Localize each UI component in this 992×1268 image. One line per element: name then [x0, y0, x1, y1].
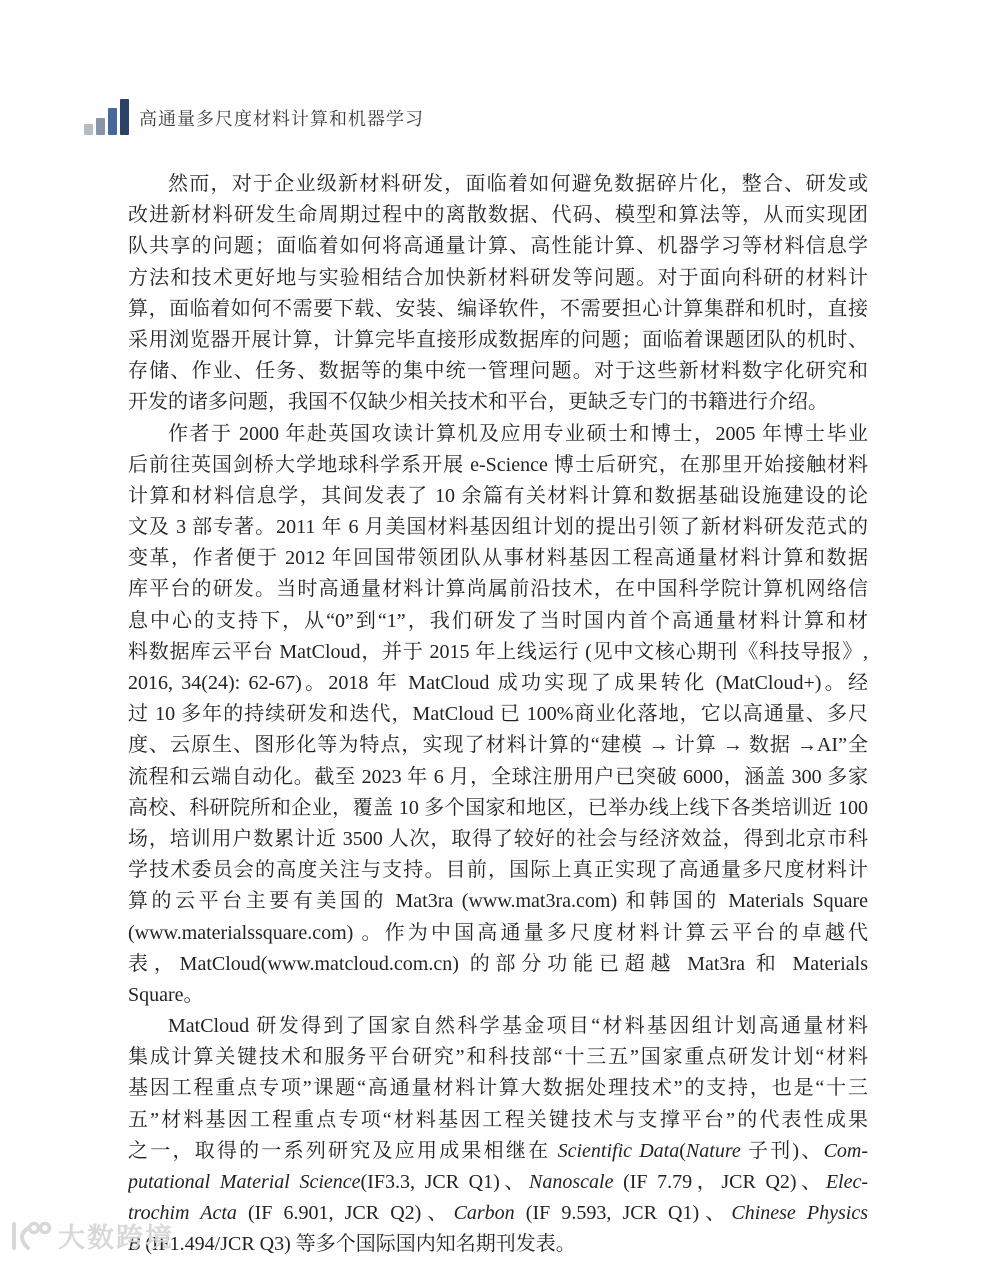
text-line: putational Material Science(IF3.3, JCR Q…: [128, 1167, 868, 1198]
text-line: 算的云平台主要有美国的 Mat3ra (www.mat3ra.com) 和韩国的…: [128, 886, 868, 917]
book-page: 高通量多尺度材料计算和机器学习 然而，对于企业级新材料研发，面临着如何避免数据碎…: [0, 0, 992, 1268]
text-line: 作者于 2000 年赴英国攻读计算机及应用专业硕士和博士，2005 年博士毕业: [128, 419, 868, 450]
text-line: 息中心的支持下，从“0”到“1”，我们研发了当时国内首个高通量材料计算和材: [128, 606, 868, 637]
text-line: 之一，取得的一系列研究及应用成果相继在 Scientific Data(Natu…: [128, 1136, 868, 1167]
text-line: 计算和材料信息学，其间发表了 10 余篇有关材料计算和数据基础设施建设的论: [128, 481, 868, 512]
page-header: 高通量多尺度材料计算和机器学习: [84, 97, 424, 135]
text-line: 2016, 34(24): 62-67)。2018 年 MatCloud 成功实…: [128, 668, 868, 699]
text-line: 场，培训用户数累计近 3500 人次，取得了较好的社会与经济效益，得到北京市科: [128, 824, 868, 855]
text-line: 队共享的问题；面临着如何将高通量计算、高性能计算、机器学习等材料信息学: [128, 231, 868, 262]
body-text: 然而，对于企业级新材料研发，面临着如何避免数据碎片化，整合、研发或改进新材料研发…: [128, 169, 868, 1261]
text-line: trochim Acta (IF 6.901, JCR Q2)、Carbon (…: [128, 1198, 868, 1229]
text-line: 过 10 多年的持续研发和迭代，MatCloud 已 100%商业化落地，它以高…: [128, 699, 868, 730]
text-line: 学技术委员会的高度关注与支持。目前，国际上真正实现了高通量多尺度材料计: [128, 855, 868, 886]
text-line: 表，MatCloud(www.matcloud.com.cn) 的部分功能已超越…: [128, 949, 868, 980]
text-line: 料数据库云平台 MatCloud，并于 2015 年上线运行 (见中文核心期刊《…: [128, 637, 868, 668]
text-line: 高校、科研院所和企业，覆盖 10 多个国家和地区，已举办线上线下各类培训近 10…: [128, 793, 868, 824]
text-line: 后前往英国剑桥大学地球科学系开展 e-Science 博士后研究，在那里开始接触…: [128, 450, 868, 481]
text-line: MatCloud 研发得到了国家自然科学基金项目“材料基因组计划高通量材料: [128, 1011, 868, 1042]
text-line: 文及 3 部专著。2011 年 6 月美国材料基因组计划的提出引领了新材料研发范…: [128, 512, 868, 543]
text-line: Square。: [128, 980, 868, 1011]
text-line: 方法和技术更好地与实验相结合加快新材料研发等问题。对于面向科研的材料计: [128, 263, 868, 294]
text-line: 基因工程重点专项”课题“高通量材料计算大数据处理技术”的支持，也是“十三: [128, 1073, 868, 1104]
text-line: B (IF1.494/JCR Q3) 等多个国际国内知名期刊发表。: [128, 1229, 868, 1260]
text-line: 库平台的研发。当时高通量材料计算尚属前沿技术，在中国科学院计算机网络信: [128, 574, 868, 605]
text-line: 度、云原生、图形化等为特点，实现了材料计算的“建模 → 计算 → 数据 →AI”…: [128, 730, 868, 761]
watermark-logo-icon: [8, 1218, 52, 1254]
watermark-text: 大数跨境: [58, 1216, 174, 1255]
text-line: 改进新材料研发生命周期过程中的离散数据、代码、模型和算法等，从而实现团: [128, 200, 868, 231]
text-line: 五”材料基因工程重点专项“材料基因工程关键技术与支撑平台”的代表性成果: [128, 1105, 868, 1136]
bar-chart-icon: [84, 97, 129, 135]
text-line: 算，面临着如何不需要下载、安装、编译软件，不需要担心计算集群和机时，直接: [128, 294, 868, 325]
text-line: 存储、作业、任务、数据等的集中统一管理问题。对于这些新材料数字化研究和: [128, 356, 868, 387]
text-line: 开发的诸多问题，我国不仅缺少相关技术和平台，更缺乏专门的书籍进行介绍。: [128, 387, 868, 418]
text-line: 变革，作者便于 2012 年回国带领团队从事材料基因工程高通量材料计算和数据: [128, 543, 868, 574]
text-line: 采用浏览器开展计算，计算完毕直接形成数据库的问题；面临着课题团队的机时、: [128, 325, 868, 356]
text-line: 流程和云端自动化。截至 2023 年 6 月，全球注册用户已突破 6000，涵盖…: [128, 762, 868, 793]
text-line: 然而，对于企业级新材料研发，面临着如何避免数据碎片化，整合、研发或: [128, 169, 868, 200]
text-line: 集成计算关键技术和服务平台研究”和科技部“十三五”国家重点研发计划“材料: [128, 1042, 868, 1073]
watermark: 大数跨境: [8, 1216, 174, 1255]
running-head-title: 高通量多尺度材料计算和机器学习: [139, 105, 424, 135]
text-line: (www.materialssquare.com) 。作为中国高通量多尺度材料计…: [128, 918, 868, 949]
